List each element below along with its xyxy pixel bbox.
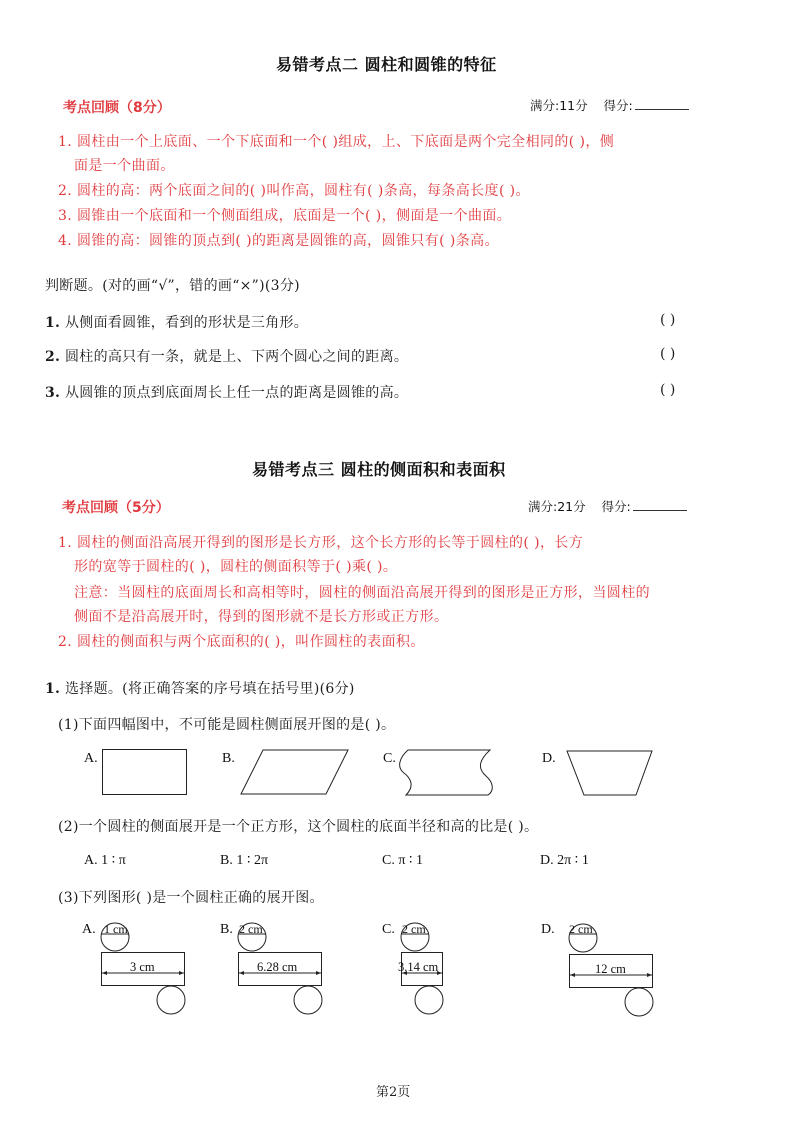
q1-option-b[interactable]: B. — [222, 751, 235, 767]
q3-d-circle-label: 2 cm — [569, 922, 593, 937]
q3-text: (3)下列图形( )是一个圆柱正确的展开图。 — [58, 887, 324, 907]
s3-review-line-2: 形的宽等于圆柱的( )，圆柱的侧面积等于( )乘( )。 — [74, 556, 397, 576]
judge-heading: 判断题。(对的画“√”，错的画“×”)(3分) — [45, 275, 300, 295]
trapezoid-shape — [566, 750, 654, 798]
score-label: 得分: — [604, 98, 633, 113]
full-score: 满分:11分 — [530, 98, 588, 113]
judge-num: 3. — [45, 385, 60, 401]
q2-option-c[interactable]: C. π ∶ 1 — [382, 852, 423, 869]
score-blank[interactable] — [633, 499, 687, 511]
section3-title: 易错考点三 圆柱的侧面积和表面积 — [252, 457, 506, 480]
q1-option-a[interactable]: A. — [84, 751, 98, 767]
s3-note-line-2: 侧面不是沿高展开时，得到的图形就不是长方形或正方形。 — [74, 606, 448, 626]
q1-option-c[interactable]: C. — [383, 751, 396, 767]
s3-review-line-1: 1. 圆柱的侧面沿高展开得到的图形是长方形，这个长方形的长等于圆柱的( )，长方 — [58, 532, 583, 552]
s3-note-line-1: 注意：当圆柱的底面周长和高相等时，圆柱的侧面沿高展开得到的图形是正方形，当圆柱的 — [74, 582, 650, 602]
judge-answer-3[interactable]: ( ) — [660, 382, 675, 398]
q2-option-b[interactable]: B. 1 ∶ 2π — [220, 852, 268, 869]
judge-item-2: 2. 圆柱的高只有一条，就是上、下两个圆心之间的距离。 — [45, 346, 408, 366]
judge-item-3: 3. 从圆锥的顶点到底面周长上任一点的距离是圆锥的高。 — [45, 382, 408, 402]
page-number: 第2页 — [376, 1081, 410, 1100]
wavy-rectangle-shape — [398, 749, 498, 799]
section2-score: 满分:11分 得分: — [530, 96, 689, 114]
judge-answer-1[interactable]: ( ) — [660, 312, 675, 328]
s3-review-line-3: 2. 圆柱的侧面积与两个底面积的( )，叫作圆柱的表面积。 — [58, 631, 425, 651]
q3-d-rect-label: 12 cm — [595, 962, 626, 977]
q3-c-circle-label: 2 cm — [402, 922, 426, 937]
judge-num: 2. — [45, 349, 60, 365]
q3-b-rect-label: 6.28 cm — [257, 960, 297, 975]
judge-answer-2[interactable]: ( ) — [660, 346, 675, 362]
judge-num: 1. — [45, 315, 60, 331]
q3-option-b[interactable]: B. — [220, 922, 233, 938]
section3-score: 满分:21分 得分: — [528, 497, 687, 515]
full-score: 满分:21分 — [528, 499, 586, 514]
review-item-2: 2. 圆柱的高：两个底面之间的( )叫作高，圆柱有( )条高，每条高长度( )。 — [58, 180, 530, 200]
review-item-3: 3. 圆锥由一个底面和一个侧面组成，底面是一个( )，侧面是一个曲面。 — [58, 205, 511, 225]
q3-a-circle-label: 1 cm — [104, 922, 128, 937]
q3-b-circle-label: 2 cm — [239, 922, 263, 937]
section2-title: 易错考点二 圆柱和圆锥的特征 — [276, 52, 497, 75]
q3-option-c[interactable]: C. — [382, 922, 395, 938]
q2-text: (2)一个圆柱的侧面展开是一个正方形，这个圆柱的底面半径和高的比是( )。 — [58, 816, 538, 836]
choice-text: 选择题。(将正确答案的序号填在括号里)(6分) — [65, 681, 355, 697]
judge-text: 圆柱的高只有一条，就是上、下两个圆心之间的距离。 — [65, 349, 408, 365]
choice-num: 1. — [45, 681, 60, 697]
q1-option-d[interactable]: D. — [542, 751, 556, 767]
section3-review-heading: 考点回顾（5分） — [62, 497, 170, 517]
rectangle-shape — [102, 749, 188, 797]
q3-option-a[interactable]: A. — [82, 922, 96, 938]
section2-review-heading: 考点回顾（8分） — [63, 97, 171, 117]
score-label: 得分: — [602, 499, 631, 514]
choice-heading: 1. 选择题。(将正确答案的序号填在括号里)(6分) — [45, 678, 355, 698]
q3-c-rect-label: 3.14 cm — [398, 960, 438, 975]
parallelogram-shape — [240, 749, 352, 797]
q2-option-d[interactable]: D. 2π ∶ 1 — [540, 852, 589, 869]
review-item-1-cont: 面是一个曲面。 — [74, 155, 175, 175]
judge-item-1: 1. 从侧面看圆锥，看到的形状是三角形。 — [45, 312, 308, 332]
q3-a-rect-label: 3 cm — [130, 960, 155, 975]
review-item-4: 4. 圆锥的高：圆锥的顶点到( )的距离是圆锥的高，圆锥只有( )条高。 — [58, 230, 499, 250]
review-item-1: 1. 圆柱由一个上底面、一个下底面和一个( )组成，上、下底面是两个完全相同的(… — [58, 131, 614, 151]
q2-option-a[interactable]: A. 1 ∶ π — [84, 852, 126, 869]
judge-text: 从侧面看圆锥，看到的形状是三角形。 — [65, 315, 308, 331]
q1-text: (1)下面四幅图中，不可能是圆柱侧面展开图的是( )。 — [58, 714, 395, 734]
score-blank[interactable] — [635, 98, 689, 110]
judge-text: 从圆锥的顶点到底面周长上任一点的距离是圆锥的高。 — [65, 385, 408, 401]
q3-option-d[interactable]: D. — [541, 922, 555, 938]
